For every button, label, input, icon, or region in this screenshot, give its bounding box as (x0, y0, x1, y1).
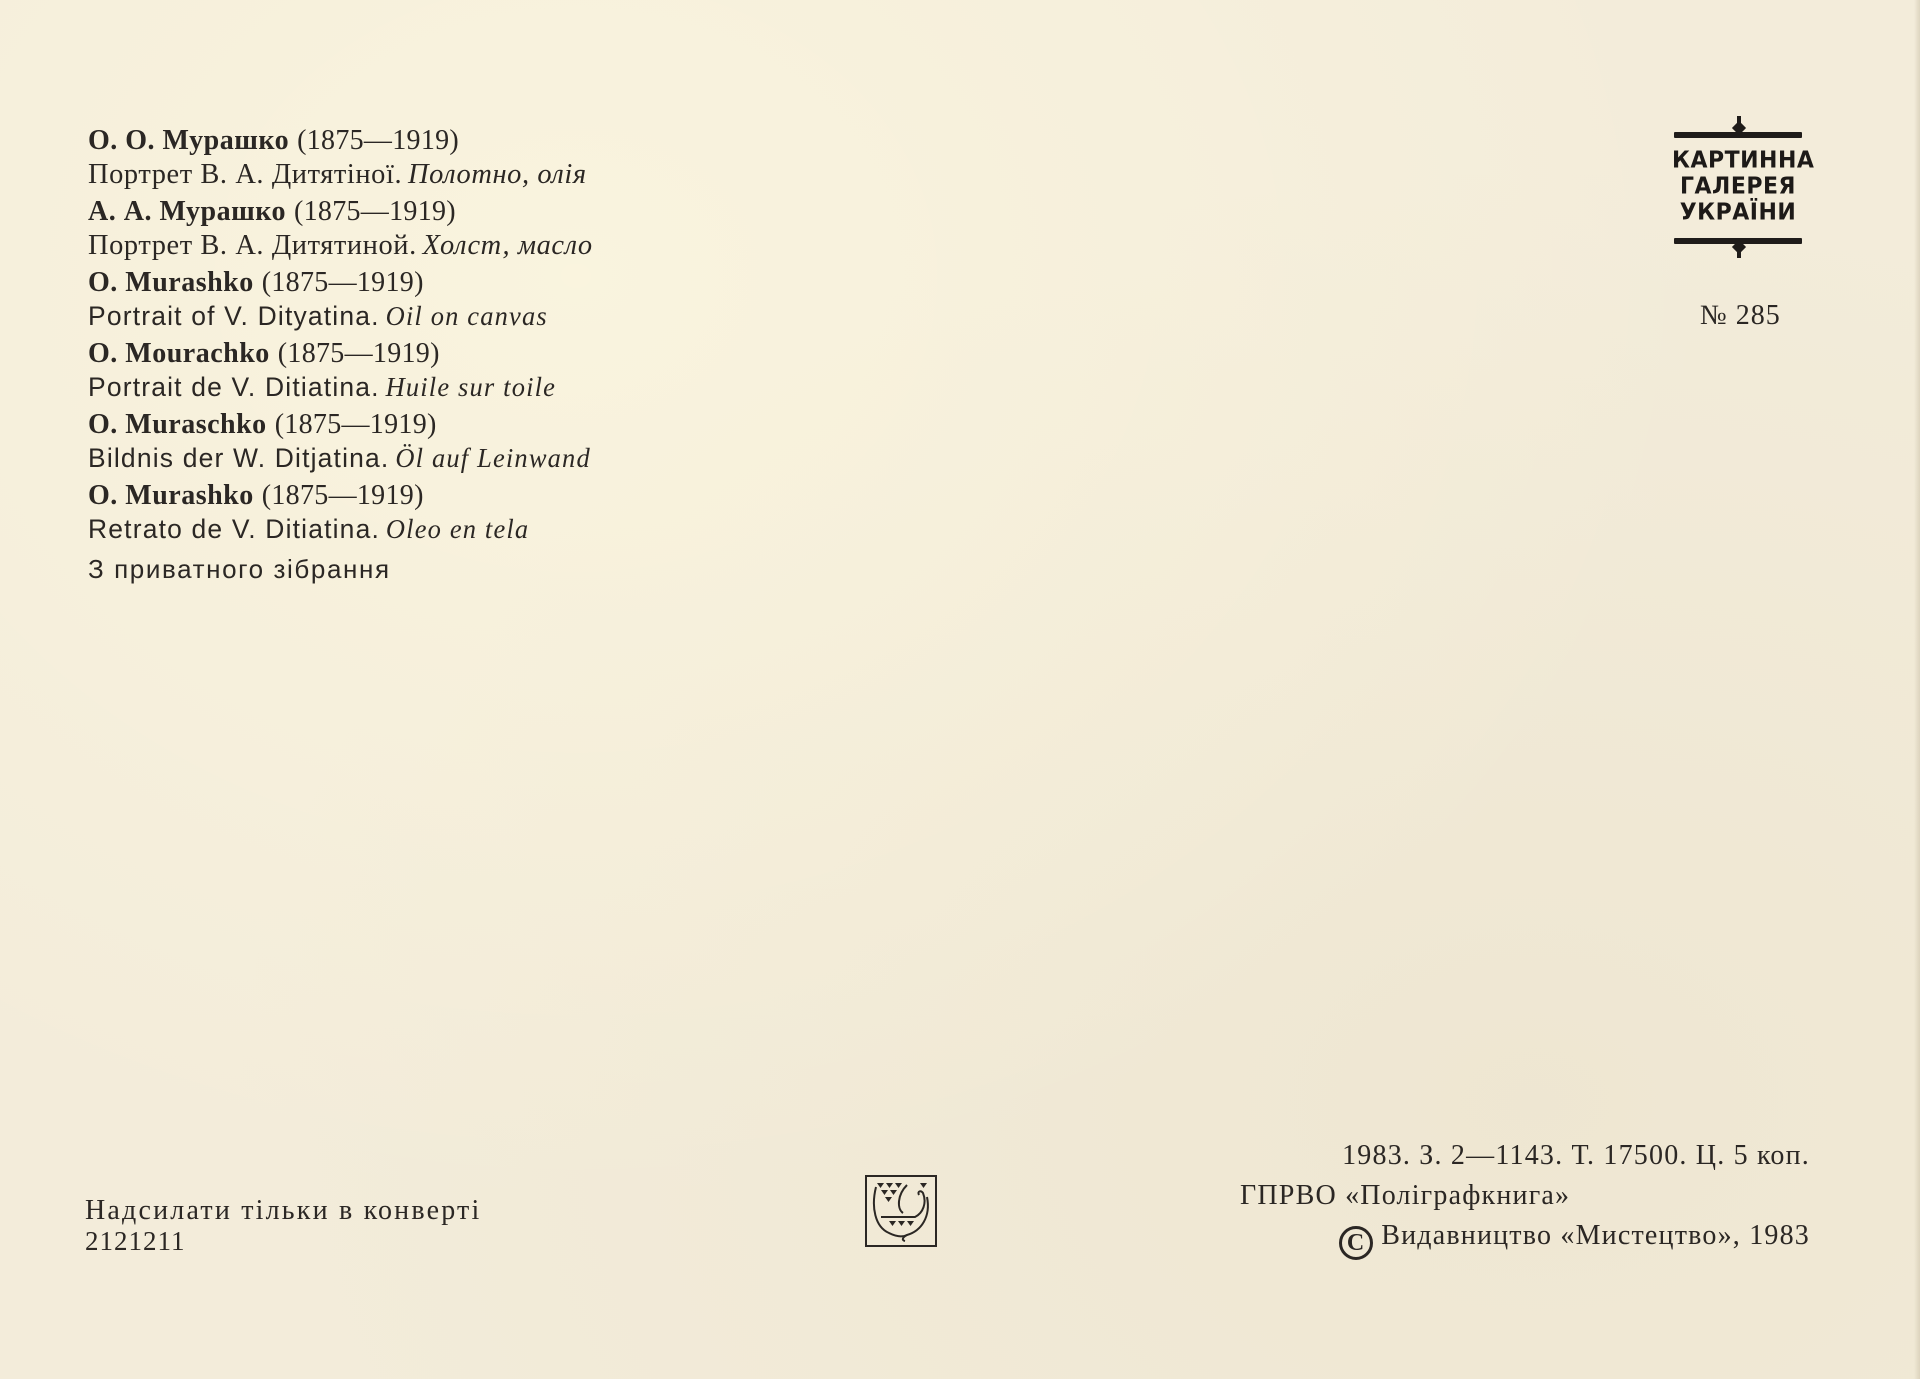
collection-note: З приватного зібрання (88, 552, 808, 586)
artist-name: O. Murashko (88, 267, 254, 298)
painting-title: Портрет В. А. Дитятіної. (88, 158, 402, 190)
painting-title: Portrait of V. Dityatina. (88, 301, 380, 331)
series-logo-line: ГАЛЕРЕЯ (1672, 173, 1804, 200)
artist-name: O. Mourachko (88, 338, 270, 369)
series-logo-line: КАРТИННА (1672, 147, 1804, 174)
print-details: 1983. З. 2—1143. Т. 17500. Ц. 5 коп. (1236, 1136, 1810, 1176)
artist-dates: (1875—1919) (294, 196, 456, 227)
card-edge (1914, 0, 1920, 1379)
artist-dates: (1875—1919) (262, 480, 424, 511)
publisher-emblem-icon (865, 1175, 937, 1247)
caption-entry-german: O. Muraschko(1875—1919) Bildnis der W. D… (88, 408, 808, 475)
artist-name: O. Muraschko (88, 409, 267, 440)
artist-dates: (1875—1919) (275, 409, 437, 440)
series-logo-line: УКРАЇНИ (1672, 199, 1804, 226)
painting-medium: Huile sur toile (386, 372, 557, 402)
mailing-info: Надсилати тільки в конверті 2121211 (85, 1196, 481, 1256)
publisher-imprint: 1983. З. 2—1143. Т. 17500. Ц. 5 коп. ГПР… (1236, 1136, 1810, 1260)
artist-name: О. О. Мурашко (88, 125, 289, 156)
artist-name: O. Murashko (88, 480, 254, 511)
ornament-bottom-icon (1674, 238, 1802, 244)
product-code: 2121211 (85, 1226, 481, 1256)
publisher-copyright: Видавництво «Мистецтво», 1983 (1381, 1220, 1810, 1251)
copyright-icon: C (1339, 1226, 1373, 1260)
caption-entry-spanish: O. Murashko(1875—1919) Retrato de V. Dit… (88, 479, 808, 546)
bird-emblem-icon (867, 1177, 935, 1245)
artist-name: А. А. Мурашко (88, 196, 286, 227)
artist-dates: (1875—1919) (278, 338, 440, 369)
caption-entry-ukrainian: О. О. Мурашко(1875—1919) Портрет В. А. Д… (88, 124, 808, 191)
card-number: № 285 (1700, 300, 1781, 332)
caption-block: О. О. Мурашко(1875—1919) Портрет В. А. Д… (88, 124, 808, 586)
series-logo-text: КАРТИННА ГАЛЕРЕЯ УКРАЇНИ (1672, 148, 1804, 226)
mailing-note: Надсилати тільки в конверті (85, 1196, 481, 1226)
caption-entry-russian: А. А. Мурашко(1875—1919) Портрет В. А. Д… (88, 195, 808, 262)
painting-title: Retrato de V. Ditiatina. (88, 514, 380, 544)
painting-medium: Oleo en tela (386, 514, 529, 544)
painting-title: Bildnis der W. Ditjatina. (88, 443, 389, 473)
caption-entry-french: O. Mourachko(1875—1919) Portrait de V. D… (88, 337, 808, 404)
painting-title: Portrait de V. Ditiatina. (88, 372, 380, 402)
caption-entry-english: O. Murashko(1875—1919) Portrait of V. Di… (88, 266, 808, 333)
painting-title: Портрет В. А. Дитятиной. (88, 229, 417, 261)
ornament-top-icon (1674, 132, 1802, 138)
painting-medium: Oil on canvas (386, 301, 548, 331)
painting-medium: Öl auf Leinwand (395, 443, 591, 473)
artist-dates: (1875—1919) (297, 125, 459, 156)
painting-medium: Полотно, олія (408, 158, 587, 190)
series-logo: КАРТИННА ГАЛЕРЕЯ УКРАЇНИ (1672, 118, 1804, 244)
painting-medium: Холст, масло (423, 229, 593, 261)
printing-house: ГПРВО «Поліграфкнига» (1236, 1176, 1810, 1216)
artist-dates: (1875—1919) (262, 267, 424, 298)
